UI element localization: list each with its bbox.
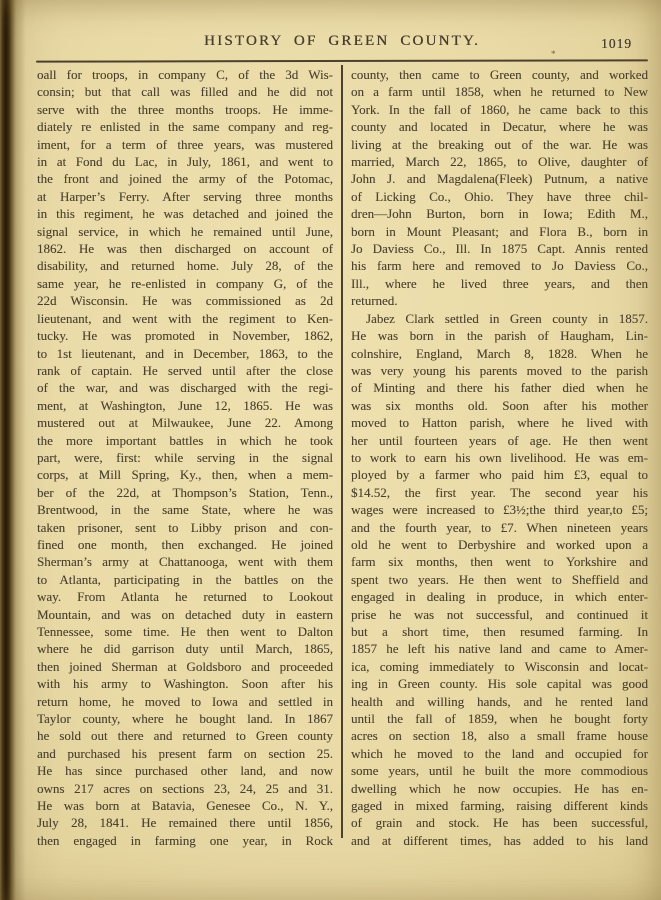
- text-line: wages were increased to £3½;the third ye…: [351, 501, 648, 518]
- text-line: fined one month, then exchanged. He join…: [37, 536, 333, 553]
- text-line: diately re enlisted in the same company …: [37, 118, 333, 135]
- text-line: to 1st lieutenant, and in December, 1863…: [37, 345, 333, 362]
- text-line: part, were, first: while serving in the …: [37, 449, 333, 466]
- text-line: which he moved to the land and occupied …: [351, 745, 648, 762]
- text-line: 22d Wisconsin. He was commissioned as 2d: [37, 292, 333, 309]
- text-line: was very young his parents moved to the …: [351, 362, 648, 379]
- text-line: Brentwood, in the same State, where he w…: [37, 501, 333, 518]
- text-line: acres on section 18, also a small frame …: [351, 727, 648, 744]
- text-line: engaged in dealing in produce, in which …: [351, 588, 648, 605]
- text-line: ber of the 22d, at Thompson’s Station, T…: [37, 484, 333, 501]
- text-line: returned.: [351, 292, 648, 309]
- text-line: same year, he re-enlisted in company G, …: [37, 275, 333, 292]
- text-line: lieutenant, and went with the regiment t…: [37, 310, 333, 327]
- text-line: then joined Sherman at Goldsboro and pro…: [37, 658, 333, 675]
- text-line: Sherman’s army at Chattanooga, went with…: [37, 553, 333, 570]
- text-line: born in Mount Pleasant; and Flora B., bo…: [351, 223, 648, 240]
- text-line: was six months old. Soon after his mothe…: [351, 397, 648, 414]
- text-line: prise he was not successful, and continu…: [351, 606, 648, 623]
- text-line: John J. and Magdalena(Fleek) Putnum, a n…: [351, 170, 648, 187]
- text-line: farm six months, then went to Yorkshire …: [351, 553, 648, 570]
- text-line: county and located in Decatur, where he …: [351, 118, 648, 135]
- text-line: he sold out there and returned to Green …: [37, 727, 333, 744]
- right-text-column: county, then came to Green county, and w…: [351, 66, 648, 849]
- text-line: He has since purchased other land, and n…: [37, 762, 333, 779]
- text-line: of Licking Co., Ohio. They have three ch…: [351, 188, 648, 205]
- book-binding-edge: [0, 0, 26, 900]
- text-line: rank of captain. He served until after t…: [37, 362, 333, 379]
- left-text-column: oall for troops, in company C, of the 3d…: [37, 66, 333, 849]
- text-line: colnshire, England, March 8, 1828. When …: [351, 345, 648, 362]
- text-line: 1857 he left his native land and came to…: [351, 640, 648, 657]
- text-line: Ill., where he lived three years, and th…: [351, 275, 648, 292]
- text-line: oall for troops, in company C, of the 3d…: [37, 66, 333, 83]
- text-line: Mountain, and was on detached duty in ea…: [37, 606, 333, 623]
- header-rule: [36, 59, 648, 62]
- text-line: ployed by a farmer who paid him £3, equa…: [351, 466, 648, 483]
- text-line: county, then came to Green county, and w…: [351, 66, 648, 83]
- text-line: living at the breaking out of the war. H…: [351, 136, 648, 153]
- text-line: $14.52, the first year. The second year …: [351, 484, 648, 501]
- text-line: of grain and stock. He has been successf…: [351, 814, 648, 831]
- text-line: York. In the fall of 1860, he came back …: [351, 101, 648, 118]
- text-line: the front and joined the army of the Pot…: [37, 170, 333, 187]
- text-line: dren—John Burton, born in Iowa; Edith M.…: [351, 205, 648, 222]
- text-line: ing in Green county. His sole capital wa…: [351, 675, 648, 692]
- text-line: at Harper’s Ferry. After serving three m…: [37, 188, 333, 205]
- text-line: her until fourteen years of age. He then…: [351, 432, 648, 449]
- text-line: Tennessee, some time. He then went to Da…: [37, 623, 333, 640]
- text-line: until the fall of 1859, when he bought f…: [351, 710, 648, 727]
- text-line: the more important battles in which he t…: [37, 432, 333, 449]
- page-number: 1019: [601, 36, 632, 52]
- text-line: to Atlanta, participating in the battles…: [37, 571, 333, 588]
- text-line: but a short time, then resumed farming. …: [351, 623, 648, 640]
- column-divider: [341, 65, 343, 838]
- text-line: and at different times, has added to his…: [351, 832, 648, 849]
- scanned-book-page: HISTORY OF GREEN COUNTY. 1019 * oall for…: [0, 0, 661, 900]
- text-line: in at Fond du Lac, in July, 1861, and we…: [37, 153, 333, 170]
- text-line: He was born in the parish of Haugham, Li…: [351, 327, 648, 344]
- text-line: of the war, and was discharged with the …: [37, 379, 333, 396]
- text-line: and the fourth year, to £7. When ninetee…: [351, 519, 648, 536]
- text-line: spent two years. He then went to Sheffie…: [351, 571, 648, 588]
- text-line: disability, and returned home. July 28, …: [37, 257, 333, 274]
- text-line: He was born at Batavia, Genesee Co., N. …: [37, 797, 333, 814]
- text-line: his farm here and removed to Jo Daviess …: [351, 257, 648, 274]
- text-line: consin; but that call was filled and he …: [37, 83, 333, 100]
- text-line: with his army to Washington. Soon after …: [37, 675, 333, 692]
- text-line: owns 217 acres on sections 23, 24, 25 an…: [37, 780, 333, 797]
- text-line: signal service, in which he remained unt…: [37, 223, 333, 240]
- text-line: of Minting and there his father died whe…: [351, 379, 648, 396]
- page-title: HISTORY OF GREEN COUNTY.: [36, 33, 648, 50]
- text-line: where he did garrison duty until March, …: [37, 640, 333, 657]
- text-line: way. From Atlanta he returned to Lookout: [37, 588, 333, 605]
- text-line: then engaged in farming one year, in Roc…: [37, 832, 333, 849]
- text-line: taken prisoner, sent to Libby prison and…: [37, 519, 333, 536]
- text-line: ment, at Washington, June 12, 1865. He w…: [37, 397, 333, 414]
- text-line: some years, until he built the more comm…: [351, 762, 648, 779]
- text-line: dwelling which he now occupies. He has e…: [351, 780, 648, 797]
- text-line: gaged in mixed farming, raising differen…: [351, 797, 648, 814]
- text-line: and purchased his present farm on sectio…: [37, 745, 333, 762]
- text-line: to work to earn his own livelihood. He w…: [351, 449, 648, 466]
- text-line: July 28, 1841. He remained there until 1…: [37, 814, 333, 831]
- text-line: old he went to Derbyshire and worked upo…: [351, 536, 648, 553]
- text-line: health and willing hands, and he rented …: [351, 693, 648, 710]
- text-line: tucky. He was promoted in November, 1862…: [37, 327, 333, 344]
- text-line: return home, he moved to Iowa and settle…: [37, 693, 333, 710]
- text-line: 1862. He was then discharged on account …: [37, 240, 333, 257]
- text-line: Jo Daviess Co., Ill. In 1875 Capt. Annis…: [351, 240, 648, 257]
- text-line: corps, at Mill Spring, Ky., then, when a…: [37, 466, 333, 483]
- text-line: in this regiment, he was detached and jo…: [37, 205, 333, 222]
- text-line: married, March 22, 1865, to Olive, daugh…: [351, 153, 648, 170]
- text-line: on a farm until 1858, when he returned t…: [351, 83, 648, 100]
- text-line: moved to Hatton parish, where he lived w…: [351, 414, 648, 431]
- text-line: serve with the three months troops. He i…: [37, 101, 333, 118]
- text-line: ica, coming immediately to Wisconsin and…: [351, 658, 648, 675]
- text-line: Taylor county, where he bought land. In …: [37, 710, 333, 727]
- text-line: Jabez Clark settled in Green county in 1…: [351, 310, 648, 327]
- printer-mark-asterisk: *: [551, 50, 556, 59]
- text-line: mustered out at Milwaukee, June 22. Amon…: [37, 414, 333, 431]
- text-line: iment, for a term of three years, was mu…: [37, 136, 333, 153]
